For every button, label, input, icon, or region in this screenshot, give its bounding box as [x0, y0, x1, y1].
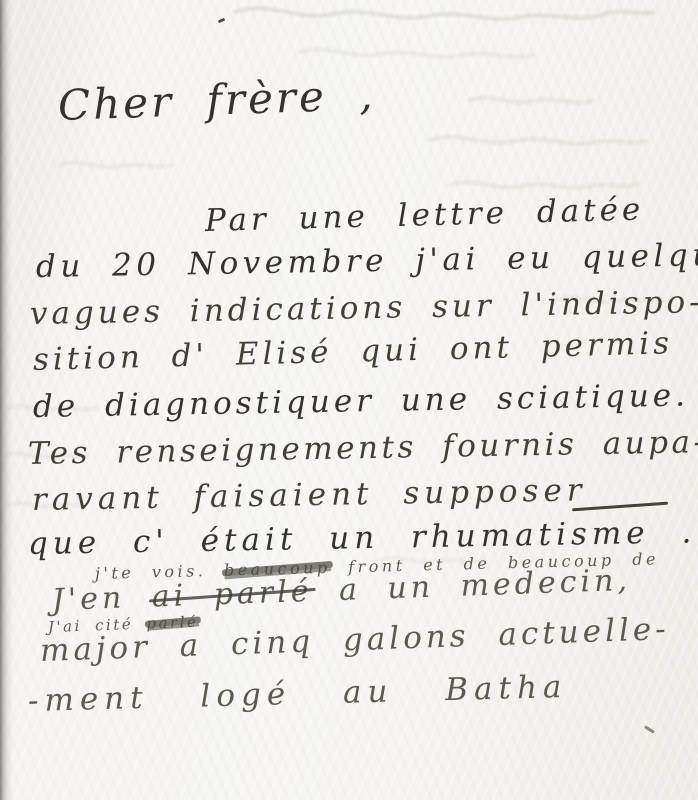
- struck-text: ai parlé: [151, 574, 313, 615]
- letter-line: -ment logé au Batha: [28, 670, 568, 720]
- letter-line: Tes renseignements fournis aupa-: [28, 425, 698, 472]
- letter-line: Par une lettre datée: [205, 193, 645, 240]
- letter-line: vagues indications sur l'indispo-: [30, 285, 698, 332]
- letter-scan-page: Cher frère , Par une lettre datée du 20 …: [0, 0, 698, 800]
- ink-speck: [644, 725, 655, 733]
- salutation: Cher frère ,: [57, 71, 376, 130]
- letter-line: ravant faisaient supposer: [32, 473, 587, 518]
- scan-binding-edge-shadow: [0, 0, 13, 800]
- letter-line: de diagnostiquer une sciatique.: [33, 379, 690, 426]
- letter-line: sition d' Elisé qui ont permis: [33, 326, 674, 378]
- letter-text: J'en: [51, 580, 152, 618]
- letter-line: du 20 Novembre j'ai eu quelques: [36, 237, 698, 285]
- ink-speck: [218, 18, 226, 24]
